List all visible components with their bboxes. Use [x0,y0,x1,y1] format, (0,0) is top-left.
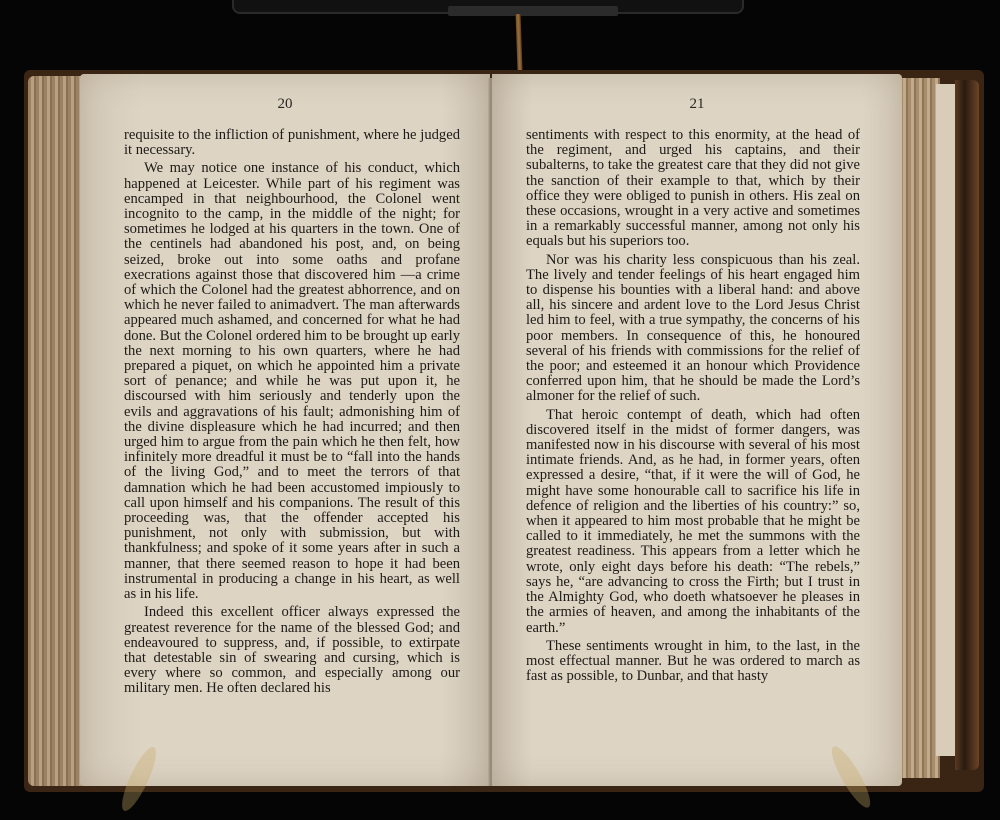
right-page-text: sentiments with respect to this enormity… [526,128,860,684]
paragraph: These sentiments wrought in him, to the … [526,639,860,685]
clasp-band [448,6,618,16]
paragraph: requisite to the infliction of punishmen… [124,128,460,158]
page-number-right: 21 [492,96,902,113]
page-edges-right [900,78,940,778]
left-page[interactable]: 20 requisite to the infliction of punish… [80,74,490,786]
paragraph: We may notice one instance of his conduc… [124,161,460,602]
water-stain [116,743,162,814]
right-page[interactable]: 21 sentiments with respect to this enorm… [492,74,902,786]
paragraph: Indeed this excellent officer always exp… [124,605,460,696]
paragraph: That heroic contempt of death, which had… [526,408,860,636]
paragraph: sentiments with respect to this enormity… [526,128,860,250]
paragraph: Nor was his charity less conspicuous tha… [526,253,860,405]
book-board-right [955,80,979,770]
left-page-text: requisite to the infliction of punishmen… [124,128,460,697]
water-stain [826,742,877,812]
page-number-left: 20 [80,96,490,113]
flyleaf-edge [936,84,956,756]
